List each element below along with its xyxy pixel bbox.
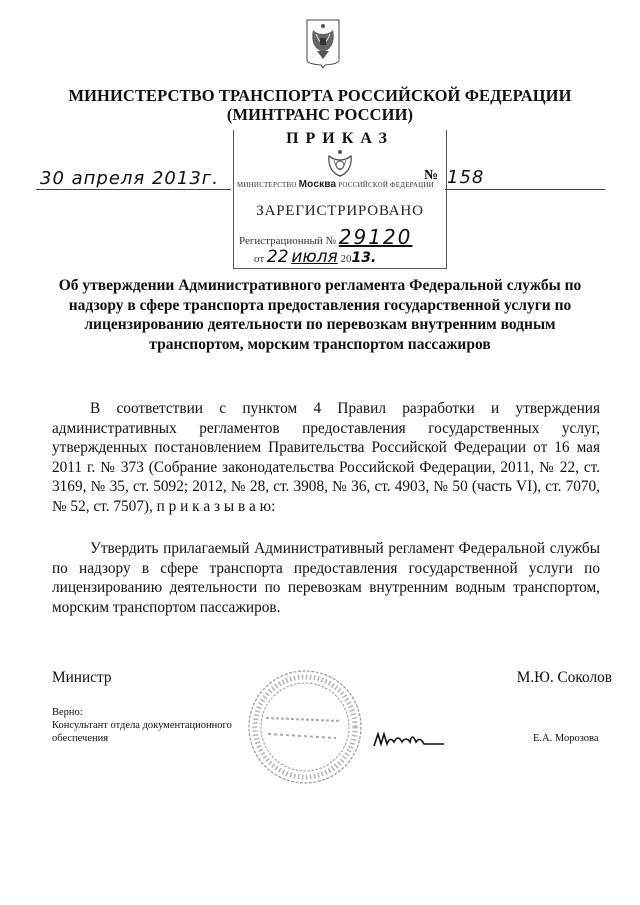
registration-date-day: 22 — [267, 247, 289, 267]
ministry-short-name: (МИНТРАНС РОССИИ) — [0, 105, 640, 125]
signer-role: Министр — [52, 669, 111, 687]
registration-number-line: Регистрационный № 29120 — [239, 225, 412, 249]
ministry-name: МИНИСТЕРСТВО ТРАНСПОРТА РОССИЙСКОЙ ФЕДЕР… — [0, 86, 640, 106]
order-number: 158 — [447, 167, 484, 188]
handwritten-signature — [372, 728, 447, 752]
order-title: ПРИКАЗ — [234, 130, 446, 148]
date-underline — [36, 189, 231, 190]
registration-date-month: июля — [291, 247, 337, 267]
order-city: Москва — [299, 179, 337, 190]
order-date: 30 апреля 2013г. — [40, 168, 219, 189]
order-paragraph: Утвердить прилагаемый Административный р… — [52, 539, 600, 617]
russian-coat-of-arms-icon — [305, 18, 341, 70]
order-subject: Об утверждении Административного регламе… — [40, 276, 600, 354]
registration-date-prefix: от — [254, 253, 264, 265]
registration-number-label: Регистрационный № — [239, 235, 336, 247]
stamp-ministry-right: РОССИЙСКОЙ ФЕДЕРАЦИИ — [338, 181, 434, 189]
stamp-ministry-left: МИНИСТЕРСТВО — [237, 181, 297, 189]
registration-date-year-prefix: 20 — [341, 253, 352, 265]
order-number-sign: № — [424, 168, 438, 184]
registration-stamp: ПРИКАЗ МИНИСТЕРСТВО Москва РОССИЙСКОЙ ФЕ… — [233, 130, 447, 269]
round-seal-icon — [246, 668, 364, 786]
registration-status: ЗАРЕГИСТРИРОВАНО — [234, 203, 446, 220]
registration-date-line: от 22 июля 2013. — [254, 247, 376, 267]
verifier-position: Консультант отдела документационного обе… — [52, 719, 252, 745]
verified-label: Верно: — [52, 706, 83, 719]
preamble-paragraph: В соответствии с пунктом 4 Правил разраб… — [52, 399, 600, 517]
stamp-ministry-line: МИНИСТЕРСТВО Москва РОССИЙСКОЙ ФЕДЕРАЦИИ — [237, 179, 447, 190]
registration-date-year-suffix: 13. — [352, 250, 377, 266]
verifier-name: Е.А. Морозова — [533, 732, 599, 745]
number-underline — [445, 189, 605, 190]
registration-number: 29120 — [339, 225, 413, 249]
double-headed-eagle-icon — [326, 148, 354, 178]
signer-name: М.Ю. Соколов — [517, 669, 612, 687]
